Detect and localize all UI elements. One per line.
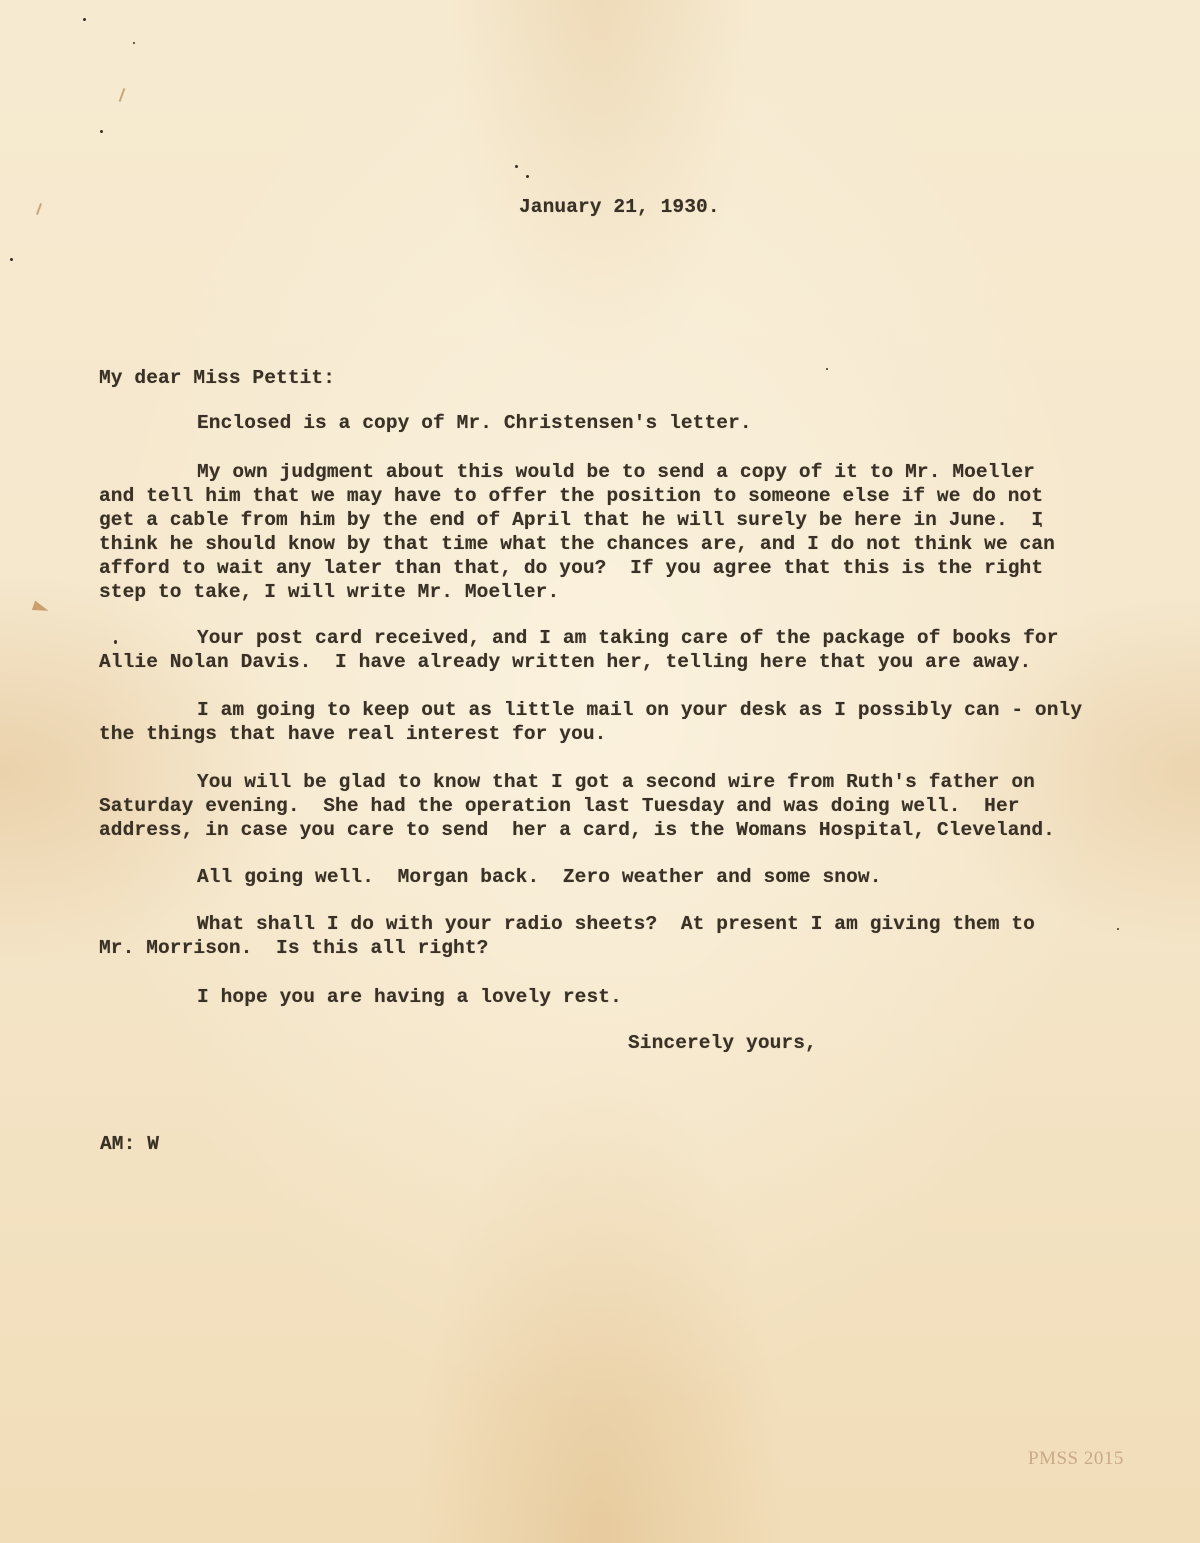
paper-fiber bbox=[119, 88, 126, 102]
paper-fiber bbox=[36, 203, 42, 215]
reference-initials: AM: W bbox=[100, 1133, 159, 1155]
paper-speck bbox=[100, 130, 103, 133]
paragraph-3-line-1: Your post card received, and I am taking… bbox=[197, 627, 1059, 649]
paragraph-1-line-1: Enclosed is a copy of Mr. Christensen's … bbox=[197, 412, 752, 434]
paper-speck bbox=[526, 175, 529, 178]
letter-page: January 21, 1930. My dear Miss Pettit: E… bbox=[0, 0, 1200, 1543]
paragraph-4-line-2: the things that have real interest for y… bbox=[99, 723, 606, 745]
letter-closing: Sincerely yours, bbox=[628, 1032, 817, 1054]
paper-speck bbox=[1117, 928, 1119, 930]
paragraph-8-line-1: I hope you are having a lovely rest. bbox=[197, 986, 622, 1008]
paper-speck bbox=[515, 165, 518, 168]
paragraph-2-line-4: think he should know by that time what t… bbox=[99, 533, 1055, 555]
stray-comma-mark bbox=[114, 640, 117, 644]
paper-speck bbox=[133, 42, 135, 44]
paper-fragment bbox=[32, 601, 50, 616]
paper-speck bbox=[826, 368, 828, 370]
paragraph-2-line-1: My own judgment about this would be to s… bbox=[197, 461, 1035, 483]
paper-speck bbox=[10, 258, 13, 261]
paragraph-4-line-1: I am going to keep out as little mail on… bbox=[197, 699, 1082, 721]
paragraph-2-line-3: get a cable from him by the end of April… bbox=[99, 509, 1043, 531]
paragraph-3-line-2: Allie Nolan Davis. I have already writte… bbox=[99, 651, 1031, 673]
letter-salutation: My dear Miss Pettit: bbox=[99, 367, 335, 389]
letter-date: January 21, 1930. bbox=[519, 196, 720, 218]
paper-speck bbox=[83, 18, 86, 21]
archive-watermark: PMSS 2015 bbox=[1028, 1448, 1124, 1470]
paragraph-6-line-1: All going well. Morgan back. Zero weathe… bbox=[197, 866, 882, 888]
paragraph-5-line-1: You will be glad to know that I got a se… bbox=[197, 771, 1035, 793]
paragraph-7-line-2: Mr. Morrison. Is this all right? bbox=[99, 937, 488, 959]
paragraph-5-line-3: address, in case you care to send her a … bbox=[99, 819, 1055, 841]
paragraph-2-line-5: afford to wait any later than that, do y… bbox=[99, 557, 1043, 579]
paragraph-5-line-2: Saturday evening. She had the operation … bbox=[99, 795, 1020, 817]
paragraph-7-line-1: What shall I do with your radio sheets? … bbox=[197, 913, 1035, 935]
paragraph-2-line-6: step to take, I will write Mr. Moeller. bbox=[99, 581, 559, 603]
paragraph-2-line-2: and tell him that we may have to offer t… bbox=[99, 485, 1043, 507]
